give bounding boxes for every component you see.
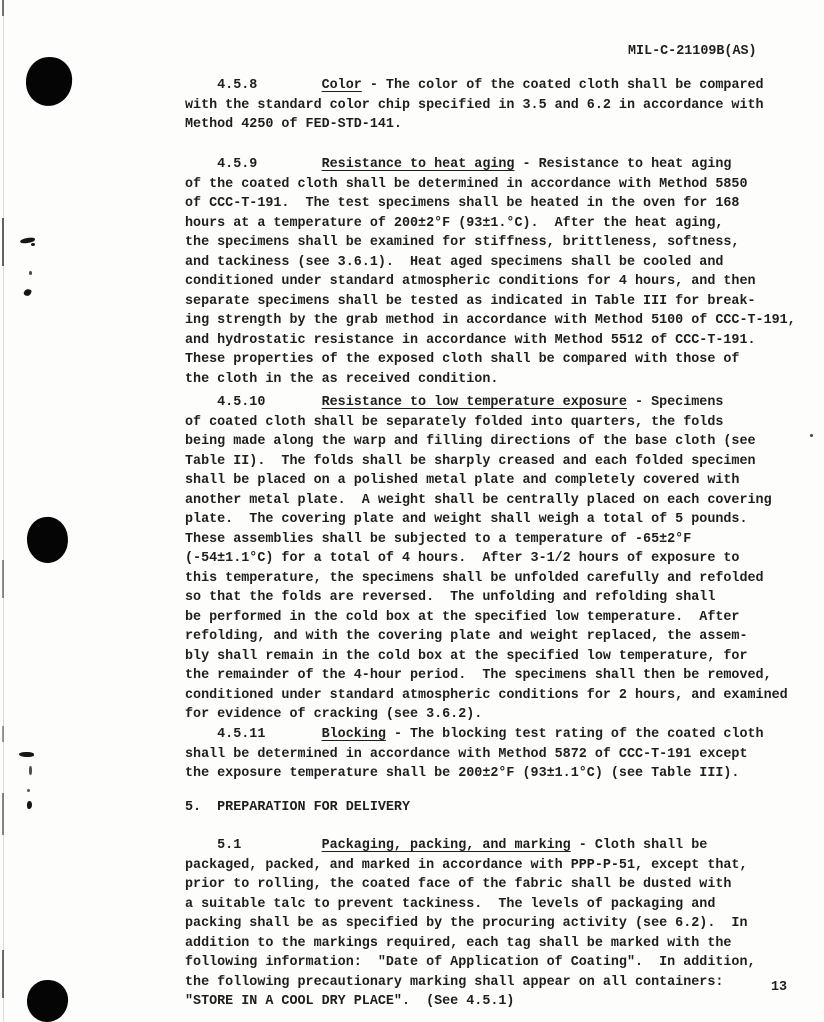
punch-hole-top (23, 54, 75, 109)
scan-edge-segment (2, 793, 4, 835)
scan-edge-segment (2, 560, 4, 598)
paragraph-heading: Resistance to heat aging (322, 157, 515, 172)
ink-speck (27, 789, 30, 792)
section-5-heading: 5. PREPARATION FOR DELIVERY (185, 798, 410, 818)
paragraph-4-5-8-color: 4.5.8 Color - The color of the coated cl… (185, 76, 764, 135)
paragraph-number: 4.5.9 (185, 157, 322, 172)
document-id-header: MIL-C-21109B(AS) (628, 42, 757, 62)
document-page: MIL-C-21109B(AS) 4.5.8 Color - The color… (0, 0, 824, 1022)
paragraph-heading: Resistance to low temperature exposure (322, 395, 627, 410)
section-title: 5. PREPARATION FOR DELIVERY (185, 800, 410, 815)
scan-edge-segment (2, 0, 4, 16)
ink-smudge (19, 752, 34, 757)
ink-smudge (31, 243, 35, 246)
paragraph-4-5-10-low-temperature: 4.5.10 Resistance to low temperature exp… (185, 393, 788, 725)
paragraph-number: 5.1 (185, 838, 322, 853)
scan-edge-segment (2, 950, 4, 998)
paragraph-4-5-9-heat-aging: 4.5.9 Resistance to heat aging - Resista… (185, 155, 796, 389)
scan-edge-line (3, 0, 4, 1022)
ink-speck (27, 801, 32, 809)
page-number: 13 (771, 978, 787, 998)
paragraph-heading: Blocking (322, 727, 386, 742)
paragraph-number: 4.5.10 (185, 395, 322, 410)
scan-edge-segment (2, 218, 4, 266)
paragraph-body: - Resistance to heat aging of the coated… (185, 157, 796, 387)
ink-speck (810, 434, 813, 437)
paragraph-number: 4.5.8 (185, 78, 322, 93)
paragraph-heading: Packaging, packing, and marking (322, 838, 571, 853)
paragraph-body: - Cloth shall be packaged, packed, and m… (185, 838, 756, 1009)
ink-speck (29, 271, 32, 275)
paragraph-4-5-11-blocking: 4.5.11 Blocking - The blocking test rati… (185, 725, 764, 784)
scan-edge-segment (2, 726, 4, 742)
punch-hole-middle (25, 515, 71, 565)
paragraph-heading: Color (322, 78, 362, 93)
paragraph-number: 4.5.11 (185, 727, 322, 742)
paragraph-body: - Specimens of coated cloth shall be sep… (185, 395, 788, 722)
punch-hole-bottom (26, 979, 70, 1022)
ink-smudge (23, 288, 32, 297)
ink-speck (29, 766, 32, 775)
paragraph-5-1-packaging: 5.1 Packaging, packing, and marking - Cl… (185, 836, 756, 1012)
